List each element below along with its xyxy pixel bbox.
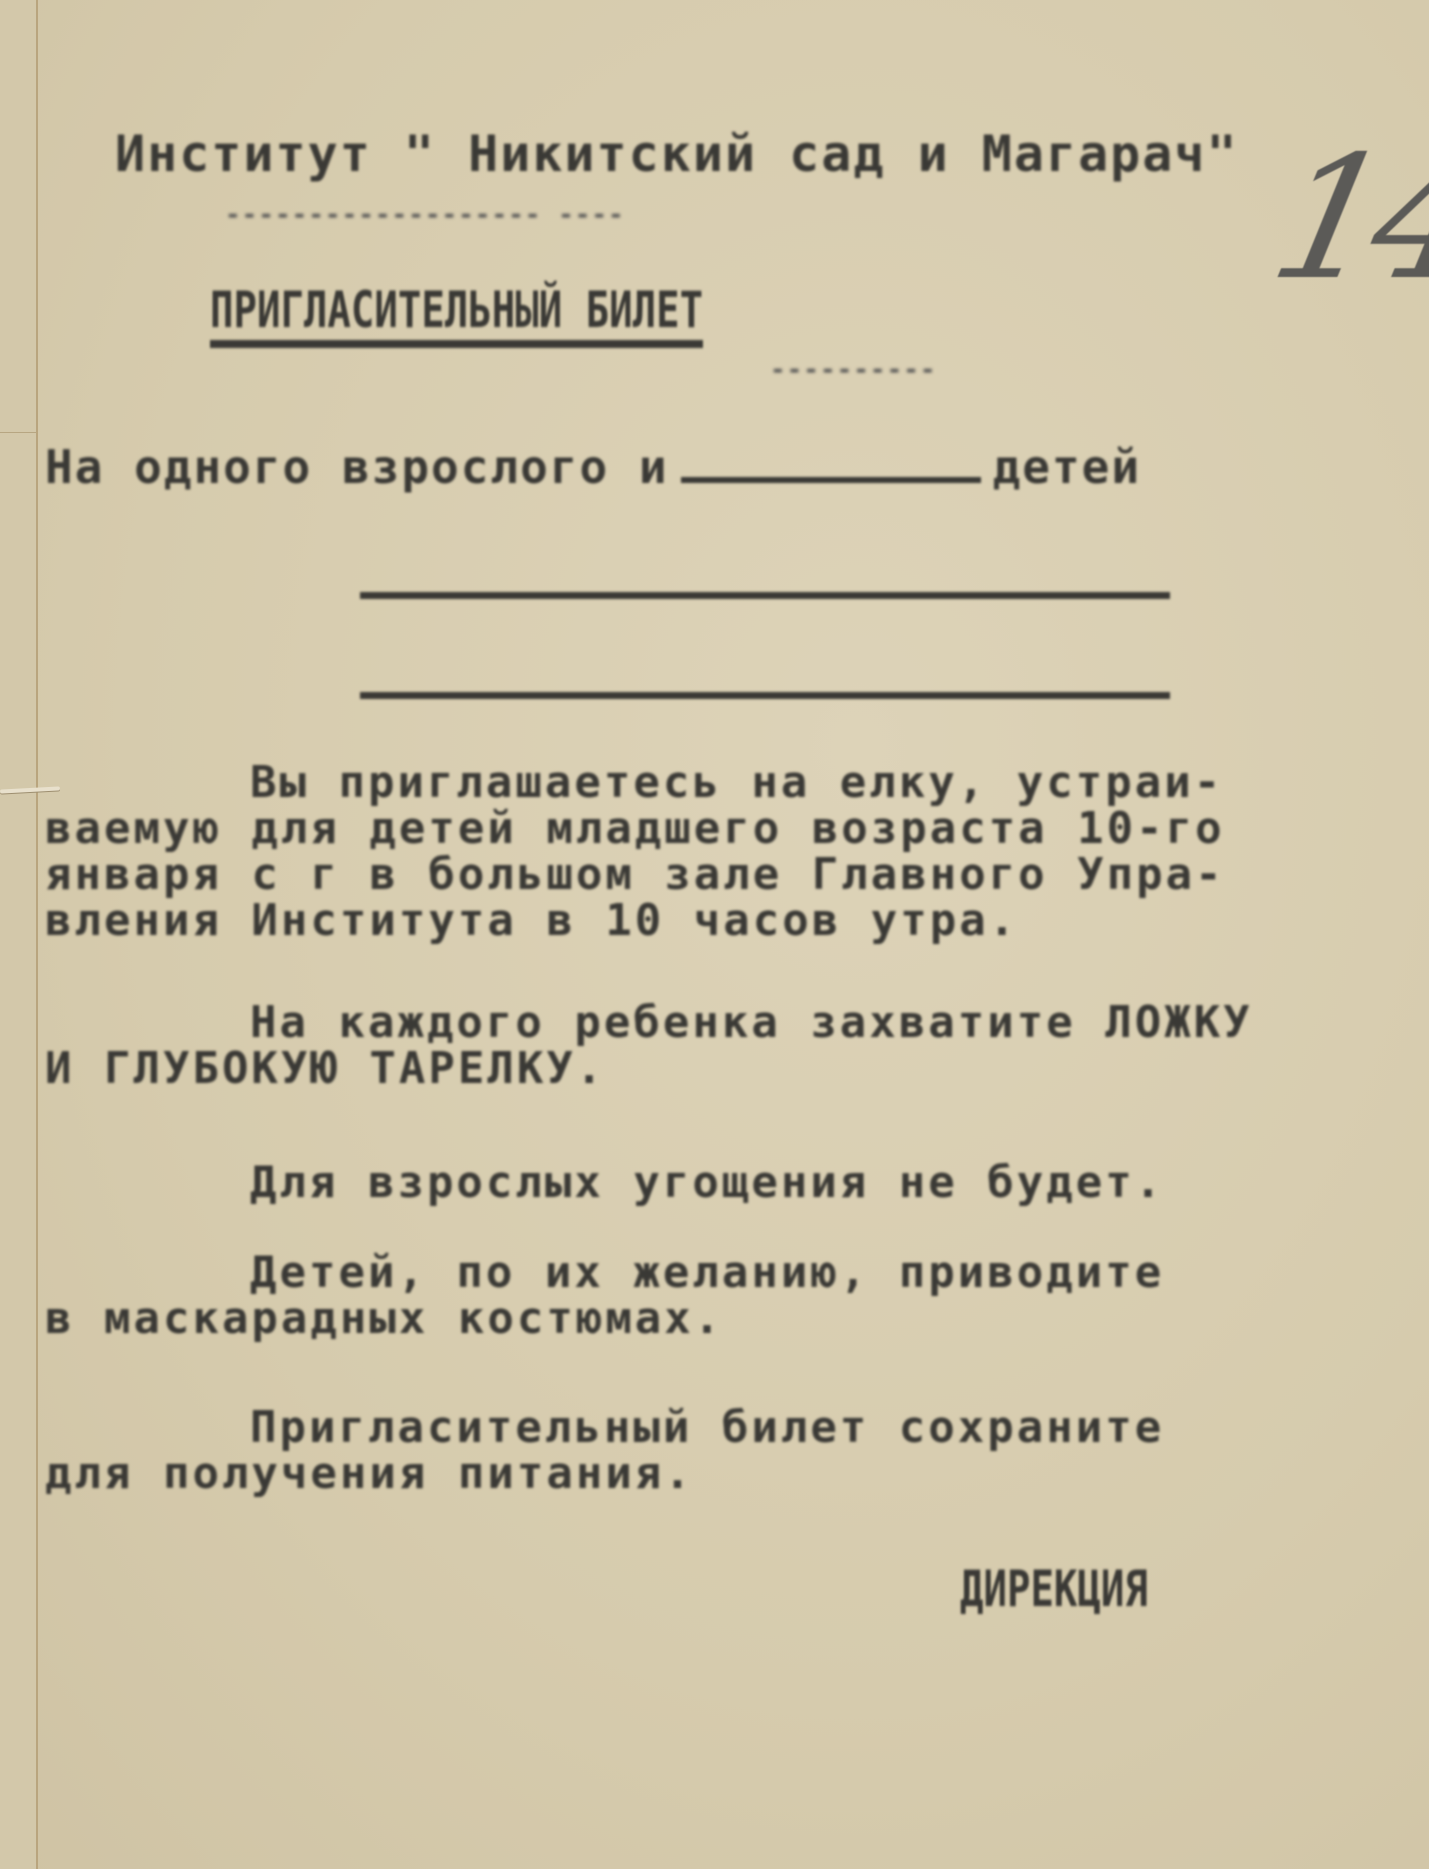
sheet-edge [0,432,36,433]
document-page: Институт " Никитский сад и Магарач" ----… [0,0,1429,1869]
text-line: для получения питания. [45,1451,1405,1497]
text-line: Пригласительный билет сохраните [45,1405,1405,1451]
title-dashes: ---------- [770,355,937,385]
paragraph-invitation: Вы приглашаетесь на елку, устраи- ваемую… [45,760,1405,944]
children-count-blank [681,477,981,483]
paragraph-bring-utensils: На каждого ребенка захватите ЛОЖКУ И ГЛУ… [45,1000,1405,1092]
document-title: ПРИГЛАСИТЕЛЬНЫЙ БИЛЕТ [210,280,703,348]
text-line: вления Института в 10 часов утра. [45,898,1405,944]
text-line: в маскарадных костюмах. [45,1296,1405,1342]
text-line: На каждого ребенка захватите ЛОЖКУ [45,1000,1405,1046]
handwritten-page-number: 14 [1257,120,1429,318]
name-blank-line-1 [360,592,1170,599]
admit-suffix: детей [993,440,1141,494]
paragraph-costumes: Детей, по их желанию, приводите в маскар… [45,1250,1405,1342]
admit-line: На одного взрослого идетей [45,440,1141,494]
name-blank-line-2 [360,692,1170,699]
text-line: И ГЛУБОКУЮ ТАРЕЛКУ. [45,1046,1405,1092]
text-line: января с г в большом зале Главного Упра- [45,852,1405,898]
text-line: ваемую для детей младшего возраста 10-го [45,806,1405,852]
binding-back-sheet [0,0,38,1869]
paragraph-keep-ticket: Пригласительный билет сохраните для полу… [45,1405,1405,1497]
text-line: Вы приглашаетесь на елку, устраи- [45,760,1405,806]
text-line: Для взрослых угощения не будет. [45,1160,1405,1206]
admit-prefix: На одного взрослого и [45,440,669,494]
institute-header: Институт " Никитский сад и Магарач" [115,125,1239,183]
text-line: Детей, по их желанию, приводите [45,1250,1405,1296]
signature-directorate: ДИРЕКЦИЯ [960,1560,1148,1618]
header-dashes: ------------------- ---- [225,200,625,230]
paragraph-adults: Для взрослых угощения не будет. [45,1160,1405,1206]
